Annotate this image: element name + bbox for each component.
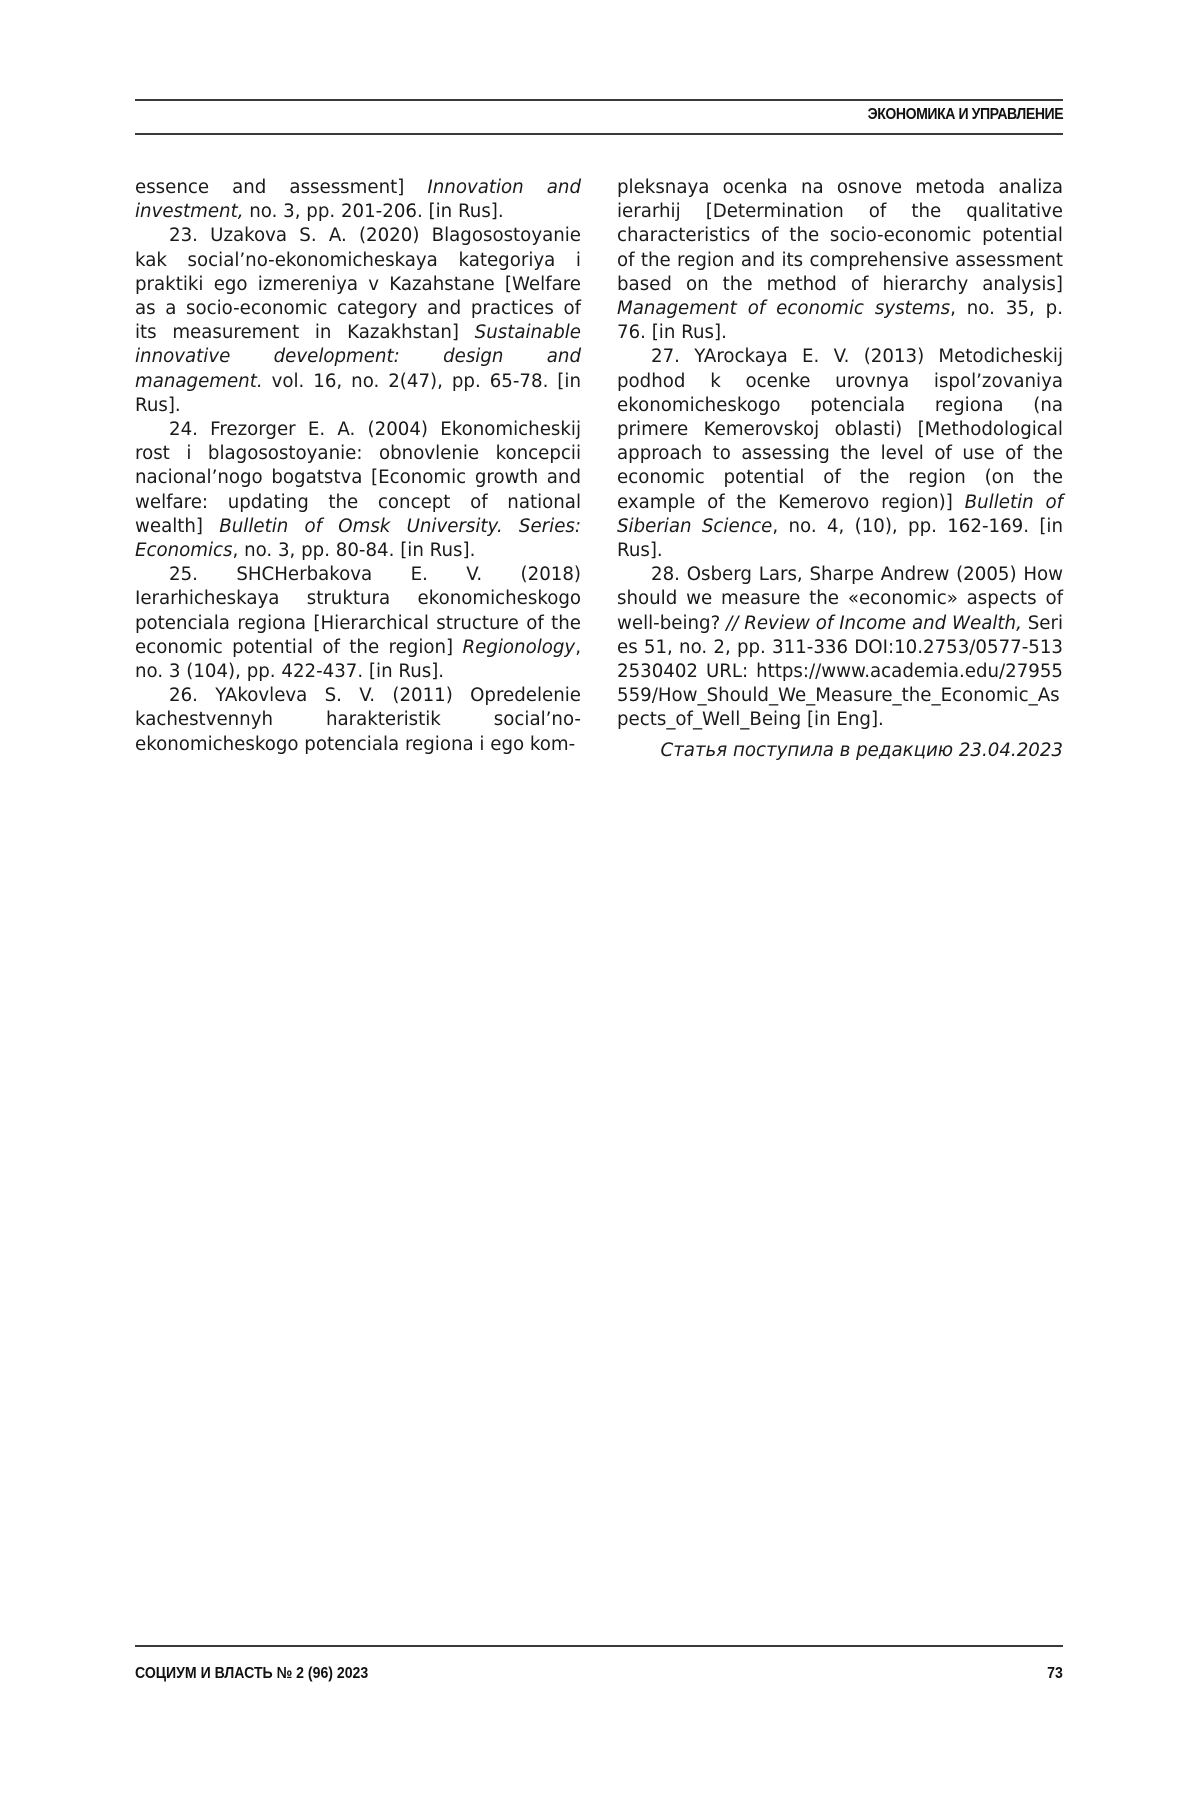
reference-item: 23. Uzakova S. A. (2020) Blagosostoyanie… bbox=[135, 224, 581, 418]
reference-number: 24. bbox=[169, 419, 198, 440]
reference-item: 28. Osberg Lars, Sharpe Andrew (2005) Ho… bbox=[617, 563, 1063, 732]
journal-title: // Review of Income and Wealth, bbox=[726, 613, 1022, 634]
reference-number: 23. bbox=[169, 225, 198, 246]
reference-continuation: essence and assessment] Innovation and i… bbox=[135, 176, 581, 224]
page-number: 73 bbox=[1047, 1665, 1063, 1683]
reference-number: 25. bbox=[169, 564, 198, 585]
reference-number: 28. bbox=[651, 564, 680, 585]
reference-item: 27. YArockaya E. V. (2013) Metodicheskij… bbox=[617, 345, 1063, 563]
header-top-rule bbox=[135, 99, 1063, 101]
reference-item: 26. YAkovleva S. V. (2011) Opredelenie k… bbox=[135, 684, 581, 757]
left-column: essence and assessment] Innovation and i… bbox=[135, 176, 581, 757]
reference-number: 27. bbox=[651, 346, 680, 367]
footer-rule bbox=[135, 1645, 1063, 1647]
section-title: ЭКОНОМИКА И УПРАВЛЕНИЕ bbox=[867, 106, 1063, 124]
header-bottom-rule bbox=[135, 133, 1063, 135]
received-date-note: Статья поступила в редакцию 23.04.2023 bbox=[661, 740, 1063, 761]
reference-continuation: pleksnaya ocenka na osnove metoda analiz… bbox=[617, 176, 1063, 345]
journal-title: Management of economic systems bbox=[617, 298, 950, 319]
reference-item: 24. Frezorger E. A. (2004) Ekonomicheski… bbox=[135, 418, 581, 563]
reference-item: 25. SHCHerbakova E. V. (2018) Ierarhiche… bbox=[135, 563, 581, 684]
journal-issue: СОЦИУМ И ВЛАСТЬ № 2 (96) 2023 bbox=[135, 1665, 368, 1683]
right-column: pleksnaya ocenka na osnove metoda analiz… bbox=[617, 176, 1063, 733]
journal-title: Regionology bbox=[463, 637, 576, 658]
reference-number: 26. bbox=[169, 685, 198, 706]
